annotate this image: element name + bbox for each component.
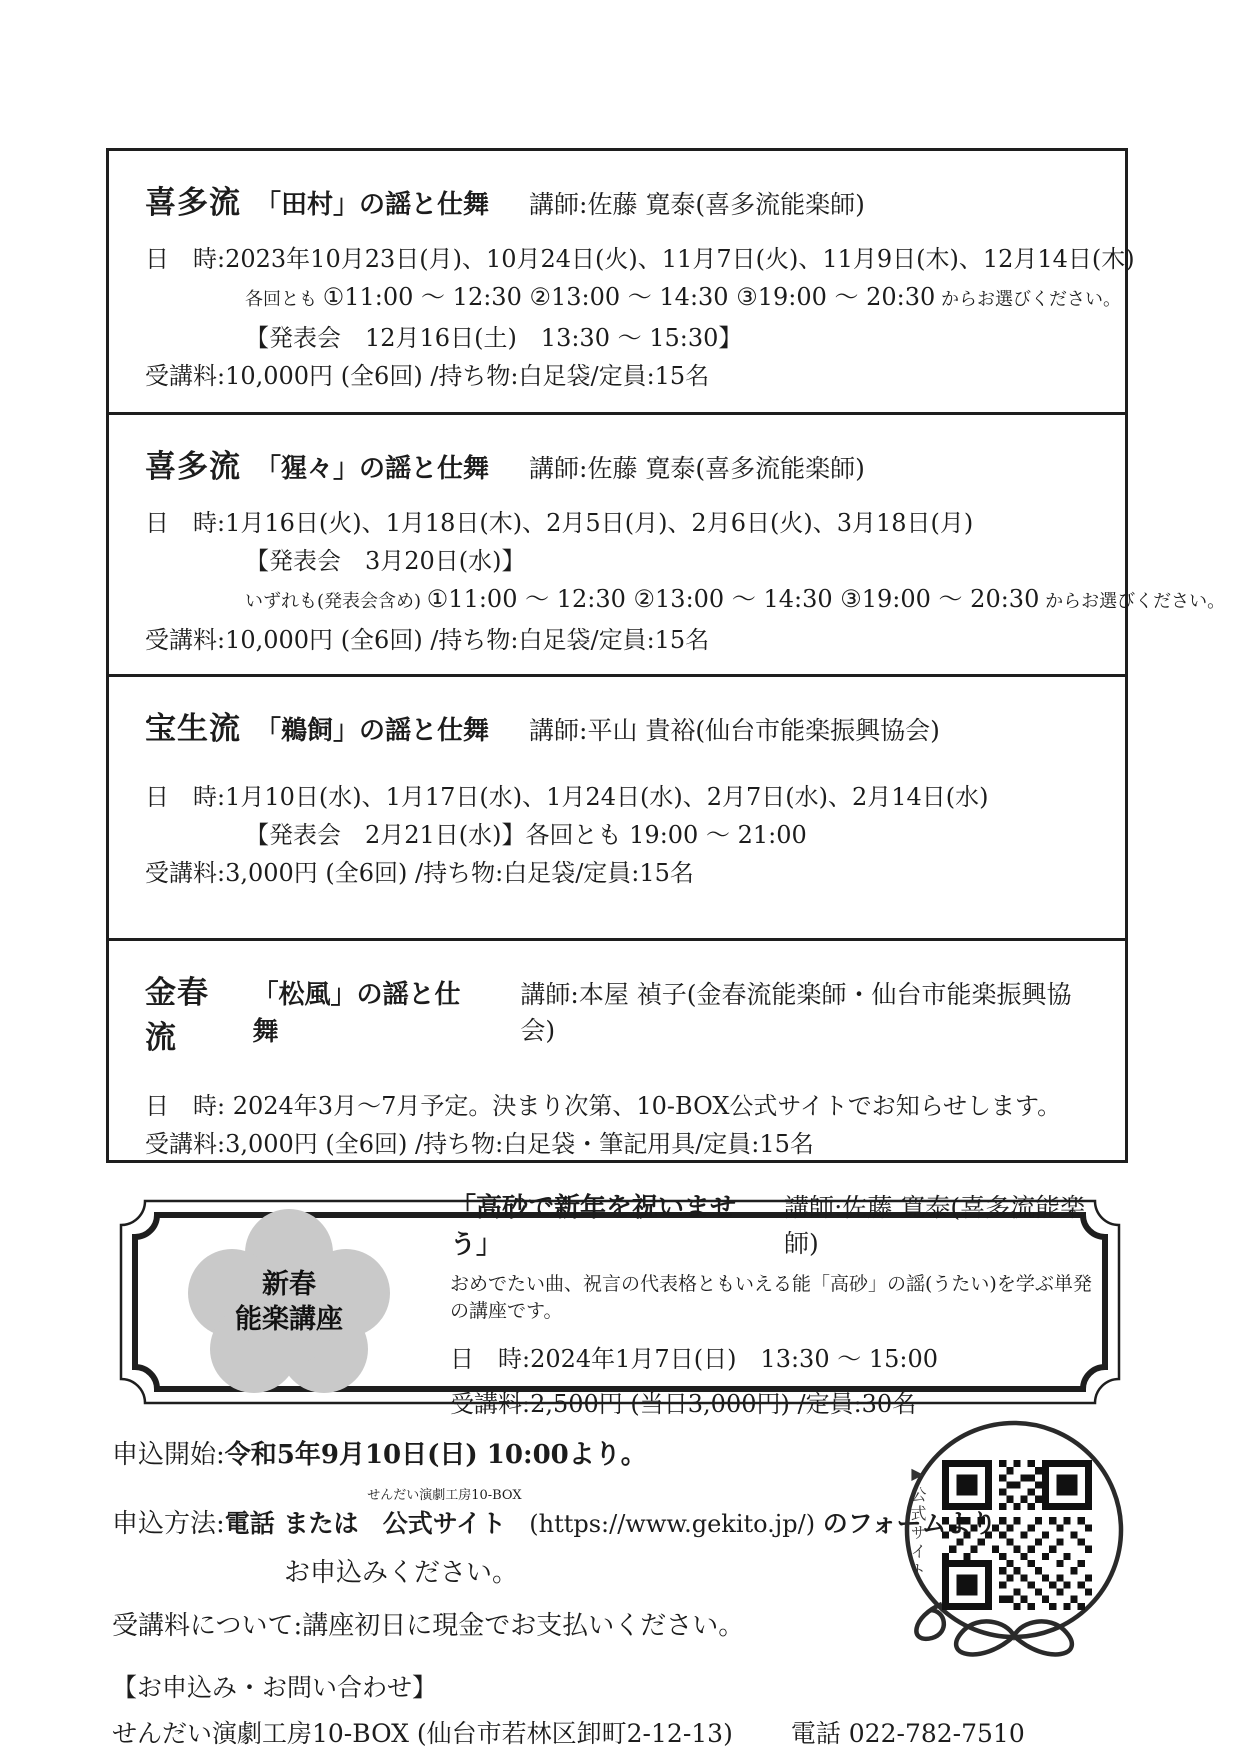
lecturer-name: 講師:佐藤 寛泰(喜多流能楽師) bbox=[529, 185, 865, 221]
lecturer-name: 講師:佐藤 寛泰(喜多流能楽師) bbox=[529, 449, 865, 485]
time-slots: ①11:00 〜 12:30 ②13:00 〜 14:30 ③19:00 〜 2… bbox=[427, 585, 1040, 613]
course-box-matsukaze: 金春流 「松風」の謡と仕舞 講師:本屋 禎子(金春流能楽師・仙台市能楽振興協会)… bbox=[106, 938, 1128, 1163]
course-details: 日 時:1月16日(火)、1月18日(木)、2月5日(月)、2月6日(火)、3月… bbox=[145, 504, 1091, 659]
contact-name-address: せんだい演劇工房10-BOX (仙台市若林区卸町2-12-13) bbox=[112, 1714, 733, 1750]
course-box-list: 喜多流 「田村」の謡と仕舞 講師:佐藤 寛泰(喜多流能楽師) 日 時:2023年… bbox=[106, 148, 1128, 1163]
course-title: 「田村」の謡と仕舞 bbox=[255, 184, 489, 221]
time-note-pre: 各回とも bbox=[245, 289, 323, 310]
new-year-course-description: おめでたい曲、祝言の代表格ともいえる能「高砂」の謡(うたい)を学ぶ単発の講座です… bbox=[450, 1269, 1094, 1323]
course-header: 喜多流 「田村」の謡と仕舞 講師:佐藤 寛泰(喜多流能楽師) bbox=[145, 177, 1091, 222]
course-box-tamura: 喜多流 「田村」の謡と仕舞 講師:佐藤 寛泰(喜多流能楽師) 日 時:2023年… bbox=[106, 148, 1128, 415]
date-label: 日 時: bbox=[145, 509, 225, 537]
site-label: 公式サイト bbox=[367, 1504, 521, 1540]
course-box-ukai: 宝生流 「鵜飼」の謡と仕舞 講師:平山 貴裕(仙台市能楽振興協会) 日 時:1月… bbox=[106, 674, 1128, 941]
qr-vertical-label: ▶公式サイト bbox=[906, 1464, 929, 1581]
recital-line: 【発表会 12月16日(土) 13:30 〜 15:30】 bbox=[145, 319, 1091, 357]
site-ruby-text: せんだい演劇工房10-BOX bbox=[367, 1489, 521, 1502]
course-box-shojo: 喜多流 「猩々」の謡と仕舞 講師:佐藤 寛泰(喜多流能楽師) 日 時:1月16日… bbox=[106, 412, 1128, 677]
date-line: 日 時:2024年1月7日(日) 13:30 〜 15:00 bbox=[450, 1339, 1094, 1374]
contact-phone: 電話 022-782-7510 bbox=[791, 1714, 1025, 1750]
new-year-course-content: 新春 能楽講座 「高砂で新年を祝いませう」 講師:佐藤 寛泰(喜多流能楽師) お… bbox=[116, 1196, 1124, 1408]
course-details: 日 時: 2024年3月〜7月予定。決まり次第、10-BOX公式サイトでお知らせ… bbox=[145, 1087, 1091, 1163]
lecturer-name: 講師:平山 貴裕(仙台市能楽振興協会) bbox=[529, 711, 940, 747]
date-values: 1月10日(水)、1月17日(水)、1月24日(水)、2月7日(水)、2月14日… bbox=[225, 783, 988, 811]
fee-line: 受講料:10,000円 (全6回) /持ち物:白足袋/定員:15名 bbox=[145, 621, 1091, 659]
qr-code-icon bbox=[942, 1460, 1092, 1610]
fee-line: 受講料:10,000円 (全6回) /持ち物:白足袋/定員:15名 bbox=[145, 357, 1091, 395]
date-label: 日 時: bbox=[145, 1092, 225, 1120]
school-name: 金春流 bbox=[145, 967, 239, 1057]
badge-line1: 新春 bbox=[262, 1267, 316, 1302]
course-details: 日 時:2023年10月23日(月)、10月24日(火)、11月7日(火)、11… bbox=[145, 240, 1091, 395]
official-site-ruby: せんだい演劇工房10-BOX公式サイト bbox=[367, 1489, 521, 1540]
date-line: 日 時:1月10日(水)、1月17日(水)、1月24日(水)、2月7日(水)、2… bbox=[145, 778, 1091, 816]
badge-line2: 能楽講座 bbox=[235, 1302, 343, 1337]
recital-line: 【発表会 3月20日(水)】 bbox=[145, 542, 1091, 580]
course-title: 「鵜飼」の謡と仕舞 bbox=[255, 710, 489, 747]
school-name: 喜多流 bbox=[145, 441, 241, 486]
date-line: 日 時:2023年10月23日(月)、10月24日(火)、11月7日(火)、11… bbox=[145, 240, 1091, 278]
badge-label: 新春 能楽講座 bbox=[164, 1209, 414, 1395]
date-label: 日 時: bbox=[145, 245, 225, 273]
school-name: 喜多流 bbox=[145, 177, 241, 222]
start-label: 申込開始: bbox=[112, 1440, 225, 1470]
method-or: または bbox=[275, 1509, 367, 1538]
course-header: 金春流 「松風」の謡と仕舞 講師:本屋 禎子(金春流能楽師・仙台市能楽振興協会) bbox=[145, 967, 1091, 1057]
site-url: (https://www.gekito.jp/) bbox=[522, 1510, 823, 1538]
method-label: 申込方法: bbox=[112, 1509, 225, 1539]
fee-line: 受講料:3,000円 (全6回) /持ち物:白足袋/定員:15名 bbox=[145, 854, 1091, 892]
lecturer-name: 講師:本屋 禎子(金春流能楽師・仙台市能楽振興協会) bbox=[520, 975, 1091, 1047]
recital-line: 【発表会 2月21日(水)】各回とも 19:00 〜 21:00 bbox=[145, 816, 1091, 854]
new-year-course-details: 「高砂で新年を祝いませう」 講師:佐藤 寛泰(喜多流能楽師) おめでたい曲、祝言… bbox=[414, 1185, 1094, 1419]
course-title: 「松風」の謡と仕舞 bbox=[253, 974, 481, 1048]
contact-line: せんだい演劇工房10-BOX (仙台市若林区卸町2-12-13) 電話 022-… bbox=[112, 1714, 1128, 1750]
date-line: 日 時: 2024年3月〜7月予定。決まり次第、10-BOX公式サイトでお知らせ… bbox=[145, 1087, 1091, 1125]
new-year-badge: 新春 能楽講座 bbox=[164, 1209, 414, 1395]
time-options-line: 各回とも ①11:00 〜 12:30 ②13:00 〜 14:30 ③19:0… bbox=[145, 278, 1091, 319]
lecturer-name: 講師:佐藤 寛泰(喜多流能楽師) bbox=[784, 1188, 1094, 1260]
date-values: 1月16日(火)、1月18日(木)、2月5日(月)、2月6日(火)、3月18日(… bbox=[225, 509, 973, 537]
school-name: 宝生流 bbox=[145, 703, 241, 748]
time-slots: ①11:00 〜 12:30 ②13:00 〜 14:30 ③19:00 〜 2… bbox=[323, 283, 936, 311]
date-label: 日 時: bbox=[145, 783, 225, 811]
method-phone: 電話 bbox=[225, 1509, 275, 1538]
new-year-course-box: 新春 能楽講座 「高砂で新年を祝いませう」 講師:佐藤 寛泰(喜多流能楽師) お… bbox=[116, 1196, 1124, 1408]
time-note-pre: いずれも(発表会含め) bbox=[245, 591, 427, 612]
date-values: 2024年3月〜7月予定。決まり次第、10-BOX公式サイトでお知らせします。 bbox=[225, 1092, 1061, 1120]
course-title: 「猩々」の謡と仕舞 bbox=[255, 448, 489, 485]
start-value: 令和5年9月10日(日) 10:00より。 bbox=[225, 1440, 647, 1470]
course-header: 喜多流 「猩々」の謡と仕舞 講師:佐藤 寛泰(喜多流能楽師) bbox=[145, 441, 1091, 486]
fee-line: 受講料:3,000円 (全6回) /持ち物:白足袋・筆記用具/定員:15名 bbox=[145, 1125, 1091, 1163]
time-note-post: からお選びください。 bbox=[1039, 591, 1225, 612]
flyer-page: 喜多流 「田村」の謡と仕舞 講師:佐藤 寛泰(喜多流能楽師) 日 時:2023年… bbox=[0, 0, 1241, 1754]
official-site-qr-block: ▶公式サイト bbox=[878, 1408, 1144, 1674]
time-options-line: いずれも(発表会含め) ①11:00 〜 12:30 ②13:00 〜 14:3… bbox=[145, 580, 1091, 621]
new-year-title-row: 「高砂で新年を祝いませう」 講師:佐藤 寛泰(喜多流能楽師) bbox=[450, 1187, 1094, 1261]
course-header: 宝生流 「鵜飼」の謡と仕舞 講師:平山 貴裕(仙台市能楽振興協会) bbox=[145, 703, 1091, 748]
new-year-course-title: 「高砂で新年を祝いませう」 bbox=[450, 1187, 762, 1261]
date-values: 2023年10月23日(月)、10月24日(火)、11月7日(火)、11月9日(… bbox=[225, 245, 1135, 273]
time-note-post: からお選びください。 bbox=[935, 289, 1121, 310]
course-details: 日 時:1月10日(水)、1月17日(水)、1月24日(水)、2月7日(水)、2… bbox=[145, 778, 1091, 892]
date-line: 日 時:1月16日(火)、1月18日(木)、2月5日(月)、2月6日(火)、3月… bbox=[145, 504, 1091, 542]
